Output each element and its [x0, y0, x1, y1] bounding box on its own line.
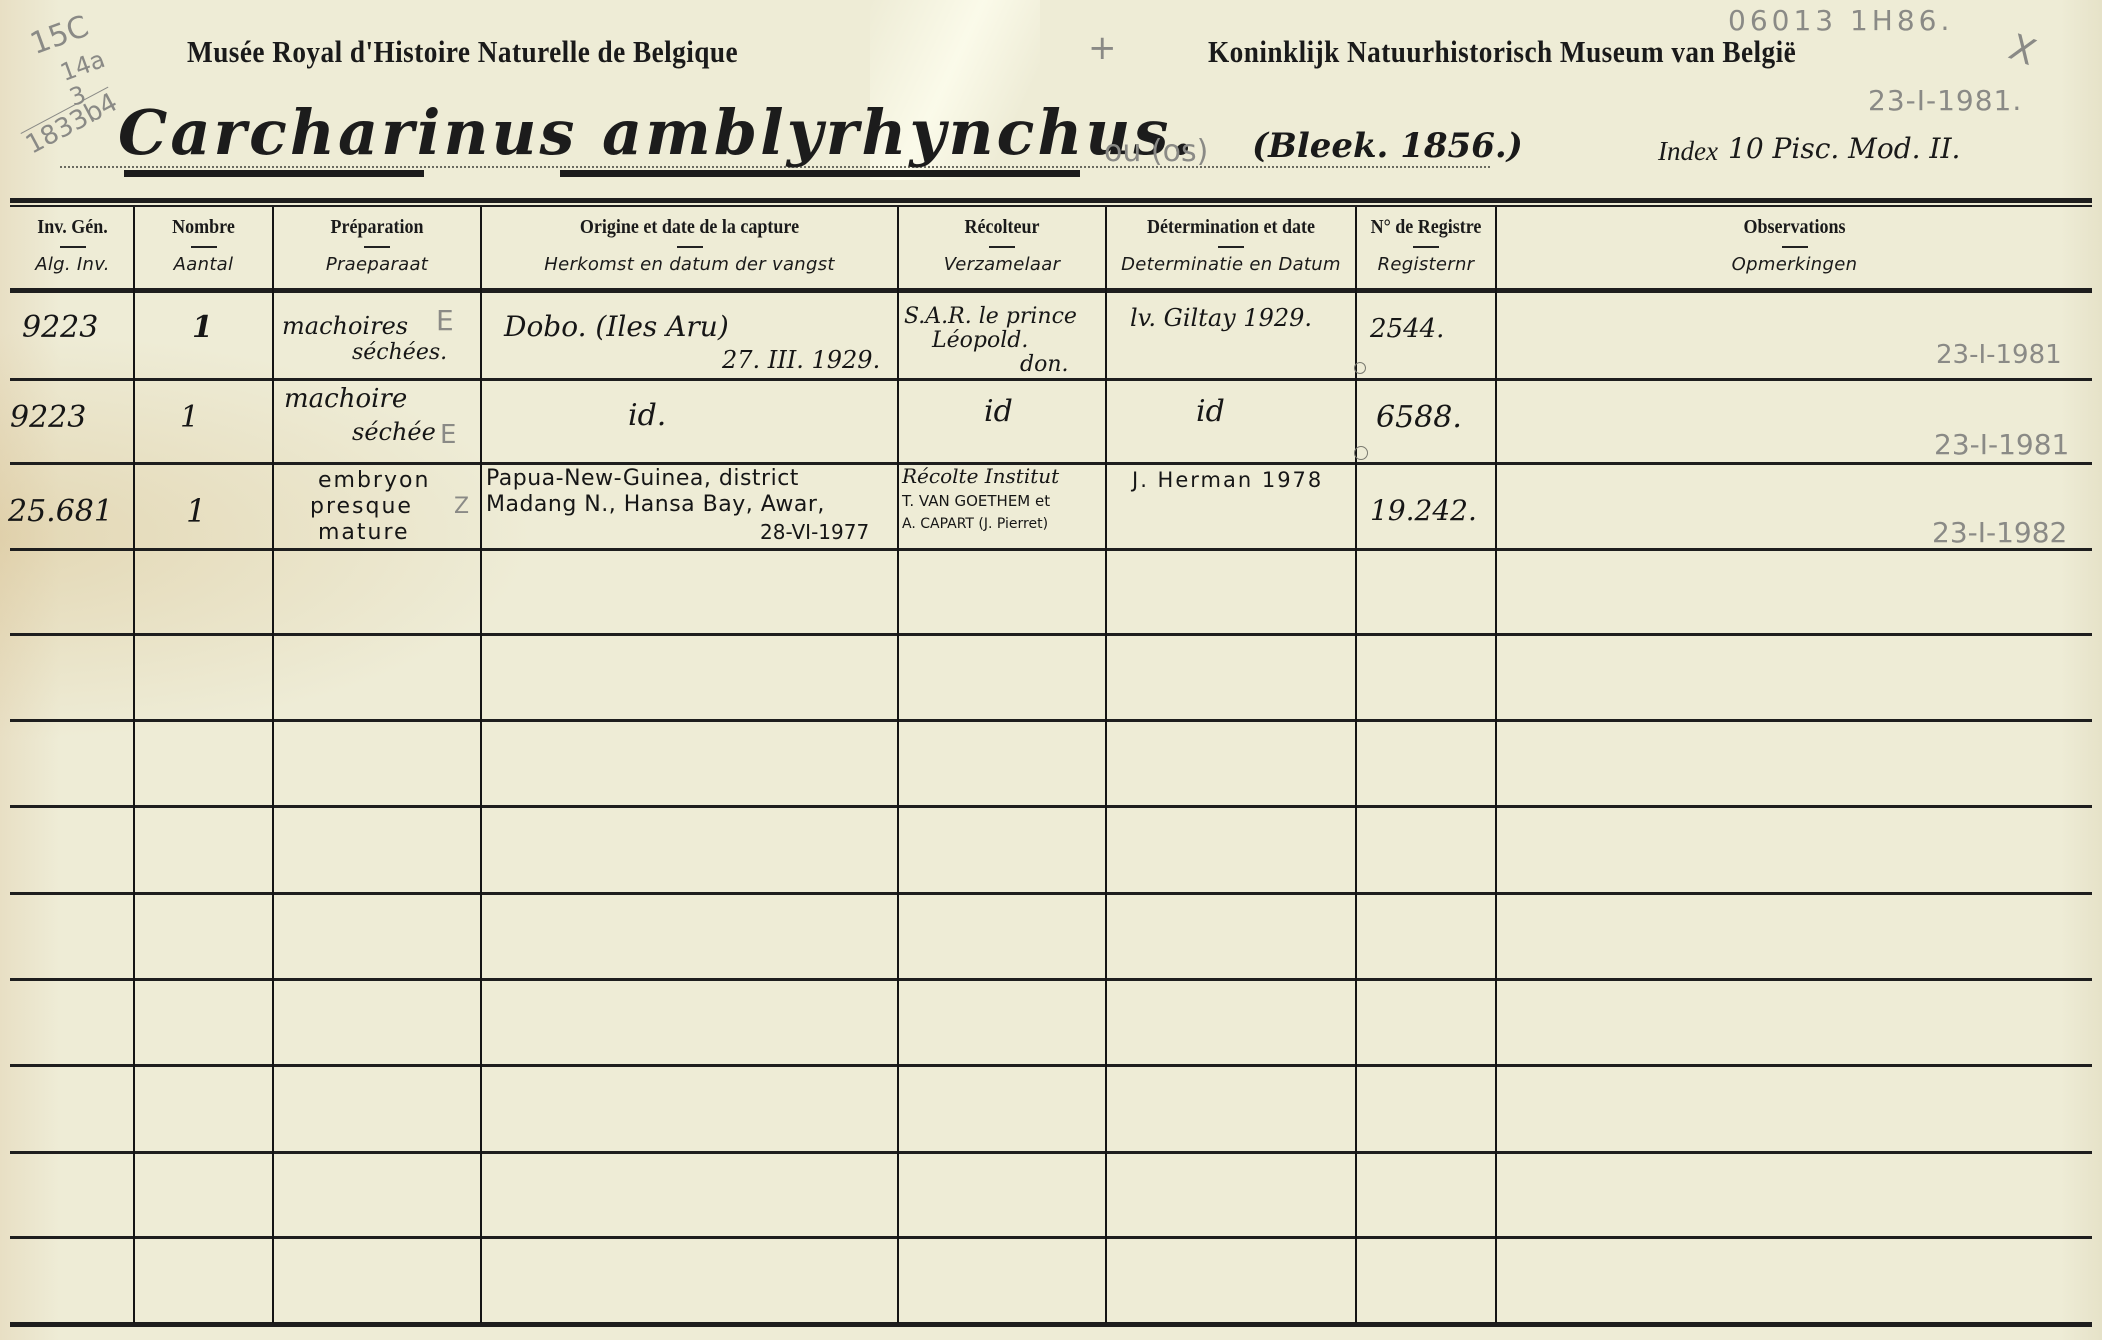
- cell-preparation-line2: séchée: [352, 418, 436, 446]
- col-header-collector-nl: Verzamelaar: [899, 254, 1105, 275]
- row-rule-6: [10, 805, 2092, 808]
- col-header-observations: ObservationsOpmerkingen: [1497, 216, 2092, 275]
- cell-collector-line2: Léopold.: [932, 328, 1028, 353]
- cell-collector-line1: id: [984, 394, 1013, 429]
- cell-observation: 23-I-1981: [1934, 428, 2069, 461]
- col-header-register-nl: Registernr: [1357, 254, 1495, 275]
- index-value: 10 Pisc. Mod. II.: [1728, 132, 1960, 165]
- cell-origin-line2: Madang N., Hansa Bay, Awar,: [486, 492, 825, 517]
- species-underline-genus: [124, 170, 424, 177]
- col-header-determination-nl: Determinatie en Datum: [1107, 254, 1355, 275]
- pencil-date-header: 23-I-1981.: [1868, 84, 2022, 117]
- col-header-determination-fr: Détermination et date: [1119, 216, 1342, 239]
- cell-inventory: 25.681: [8, 494, 113, 529]
- species-pencil-annotation: ou (os): [1104, 134, 1208, 169]
- species-underline-epithet: [560, 170, 1080, 177]
- col-header-inventory-fr: Inv. Gén.: [18, 216, 127, 239]
- pencil-circle-mark: [1354, 362, 1366, 374]
- cell-origin-line2: 27. III. 1929.: [722, 346, 880, 374]
- cell-preparation-line2: presque: [310, 494, 413, 519]
- header-dash: [677, 246, 703, 248]
- row-rule-8: [10, 978, 2092, 981]
- header-top-rule-thin: [10, 205, 2092, 207]
- row-rule-1: [10, 378, 2092, 381]
- cell-preparation-line3: mature: [318, 520, 410, 545]
- col-header-preparation-fr: Préparation: [284, 216, 469, 239]
- col-header-register-fr: N° de Registre: [1364, 216, 1488, 239]
- cell-origin-line1: Papua-New-Guinea, district: [486, 466, 799, 491]
- cell-collector-line2: T. VAN GOETHEM et: [902, 492, 1050, 510]
- cell-count: 1: [192, 310, 213, 345]
- header-dash: [60, 246, 86, 248]
- col-header-observations-fr: Observations: [1527, 216, 2063, 239]
- row-rule-7: [10, 892, 2092, 895]
- row-rule-4: [10, 633, 2092, 636]
- col-header-determination: Détermination et dateDeterminatie en Dat…: [1107, 216, 1355, 275]
- cell-register: 2544.: [1370, 314, 1444, 344]
- cell-collector-line3: A. CAPART (J. Pierret): [902, 516, 1048, 532]
- cell-preparation-line1: machoire: [284, 384, 407, 414]
- col-header-inventory: Inv. Gén.Alg. Inv.: [12, 216, 133, 275]
- col-divider-7: [1495, 207, 1497, 1323]
- institution-name-dutch: Koninklijk Natuurhistorisch Museum van B…: [1208, 34, 1796, 70]
- cell-determination: id: [1196, 394, 1225, 429]
- cell-preparation-line1: embryon: [318, 468, 430, 493]
- cell-preparation-mark: E: [436, 304, 454, 337]
- pencil-cross-mark: +: [1088, 28, 1117, 68]
- header-dash: [1413, 246, 1439, 248]
- col-divider-4: [897, 207, 899, 1323]
- header-dash: [1782, 246, 1808, 248]
- cell-collector-line3: don.: [1020, 352, 1069, 377]
- header-bottom-rule: [10, 288, 2092, 293]
- col-header-origin-fr: Origine et date de la capture: [503, 216, 877, 239]
- species-name: Carcharinus amblyrhynchus.: [118, 96, 1196, 169]
- col-divider-5: [1105, 207, 1107, 1323]
- col-header-register: N° de RegistreRegisternr: [1357, 216, 1495, 275]
- pencil-x-mark: X: [2004, 27, 2041, 74]
- cell-observation: 23-I-1982: [1932, 516, 2067, 549]
- cell-preparation-line2: séchées.: [352, 340, 447, 365]
- col-header-count-nl: Aantal: [135, 254, 272, 275]
- header-dash: [1218, 246, 1244, 248]
- institution-name-french: Musée Royal d'Histoire Naturelle de Belg…: [187, 34, 738, 70]
- col-header-inventory-nl: Alg. Inv.: [12, 254, 133, 275]
- cell-preparation-mark: Z: [454, 494, 469, 519]
- row-rule-5: [10, 719, 2092, 722]
- cell-determination: J. Herman 1978: [1132, 468, 1323, 492]
- col-header-preparation: PréparationPraeparaat: [274, 216, 480, 275]
- row-rule-10: [10, 1151, 2092, 1154]
- col-header-collector: RécolteurVerzamelaar: [899, 216, 1105, 275]
- col-divider-2: [272, 207, 274, 1323]
- cell-origin-line3: 28-VI-1977: [760, 520, 869, 544]
- table-bottom-rule: [10, 1322, 2092, 1327]
- row-rule-11: [10, 1236, 2092, 1239]
- cell-preparation-mark: E: [440, 420, 456, 450]
- col-header-origin-nl: Herkomst en datum der vangst: [482, 254, 897, 275]
- species-author: (Bleek. 1856.): [1252, 126, 1523, 166]
- col-header-collector-fr: Récolteur: [909, 216, 1094, 239]
- header-top-rule: [10, 198, 2092, 203]
- col-header-origin: Origine et date de la captureHerkomst en…: [482, 216, 897, 275]
- catalog-number: 06013 1H86.: [1728, 4, 1953, 37]
- cell-origin-line1: Dobo. (Iles Aru): [504, 310, 729, 343]
- col-divider-3: [480, 207, 482, 1323]
- cell-collector-line1: Récolte Institut: [902, 464, 1059, 488]
- cell-observation: 23-I-1981: [1936, 340, 2062, 370]
- cell-count: 1: [180, 400, 199, 435]
- col-header-count: NombreAantal: [135, 216, 272, 275]
- header-dash: [989, 246, 1015, 248]
- col-header-preparation-nl: Praeparaat: [274, 254, 480, 275]
- cell-origin-line1: id.: [628, 398, 666, 433]
- cell-preparation-line1: machoires: [282, 312, 408, 340]
- col-divider-6: [1355, 207, 1357, 1323]
- cell-inventory: 9223: [22, 310, 98, 345]
- col-divider-1: [133, 207, 135, 1323]
- row-rule-3: [10, 548, 2092, 551]
- cell-register: 6588.: [1376, 400, 1462, 435]
- row-rule-9: [10, 1064, 2092, 1067]
- header-dash: [364, 246, 390, 248]
- header-dash: [191, 246, 217, 248]
- cell-count: 1: [186, 492, 206, 530]
- col-header-observations-nl: Opmerkingen: [1497, 254, 2092, 275]
- cell-collector-line1: S.A.R. le prince: [904, 304, 1077, 329]
- cell-register: 19.242.: [1370, 494, 1477, 527]
- pencil-circle-mark: [1354, 446, 1368, 460]
- specimen-index-card: 15C 14a 3 1833b4 Musée Royal d'Histoire …: [0, 0, 2102, 1340]
- col-header-count-fr: Nombre: [142, 216, 265, 239]
- index-label: Index: [1658, 136, 1718, 167]
- cell-determination: lv. Giltay 1929.: [1130, 304, 1312, 332]
- cell-inventory: 9223: [10, 400, 86, 435]
